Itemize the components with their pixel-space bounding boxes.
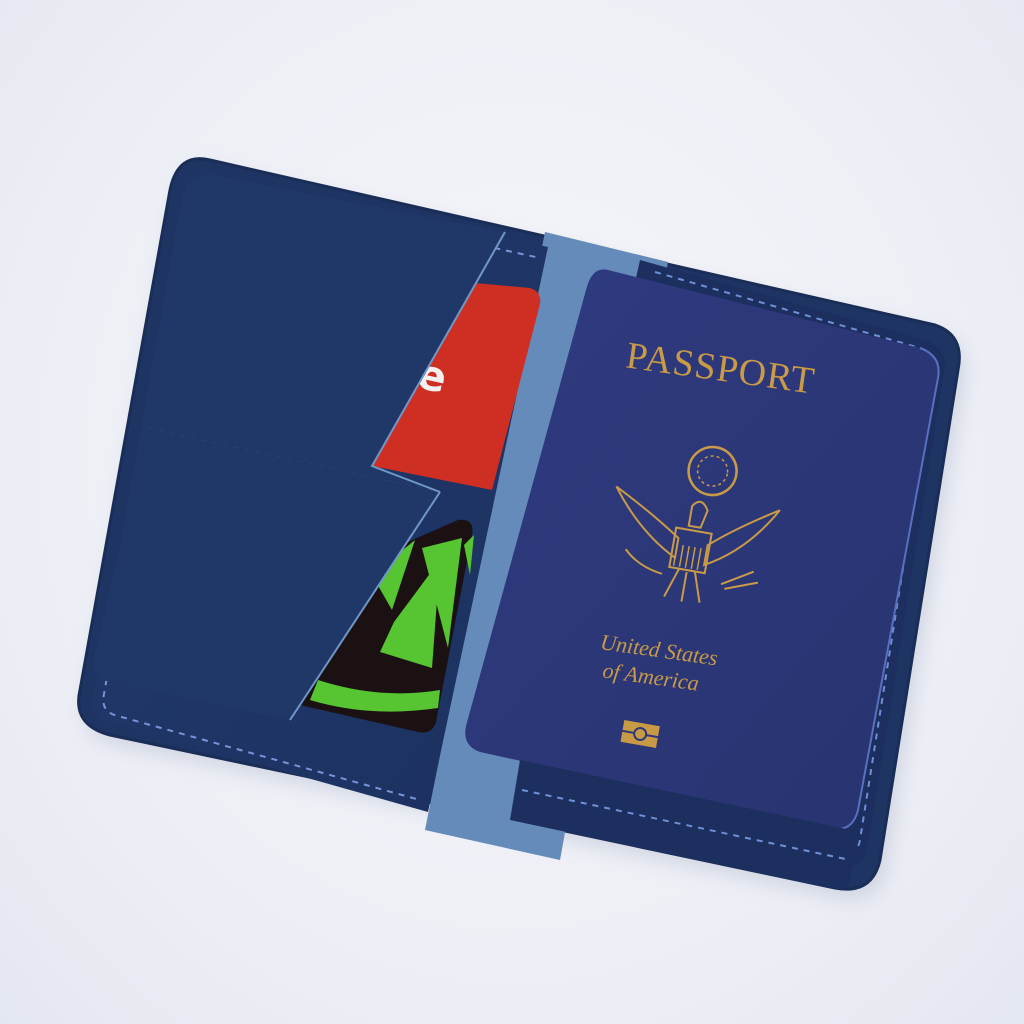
wallet-illustration: e PASSPORT United States [0,0,1024,1024]
product-photo: e PASSPORT United States [0,0,1024,1024]
